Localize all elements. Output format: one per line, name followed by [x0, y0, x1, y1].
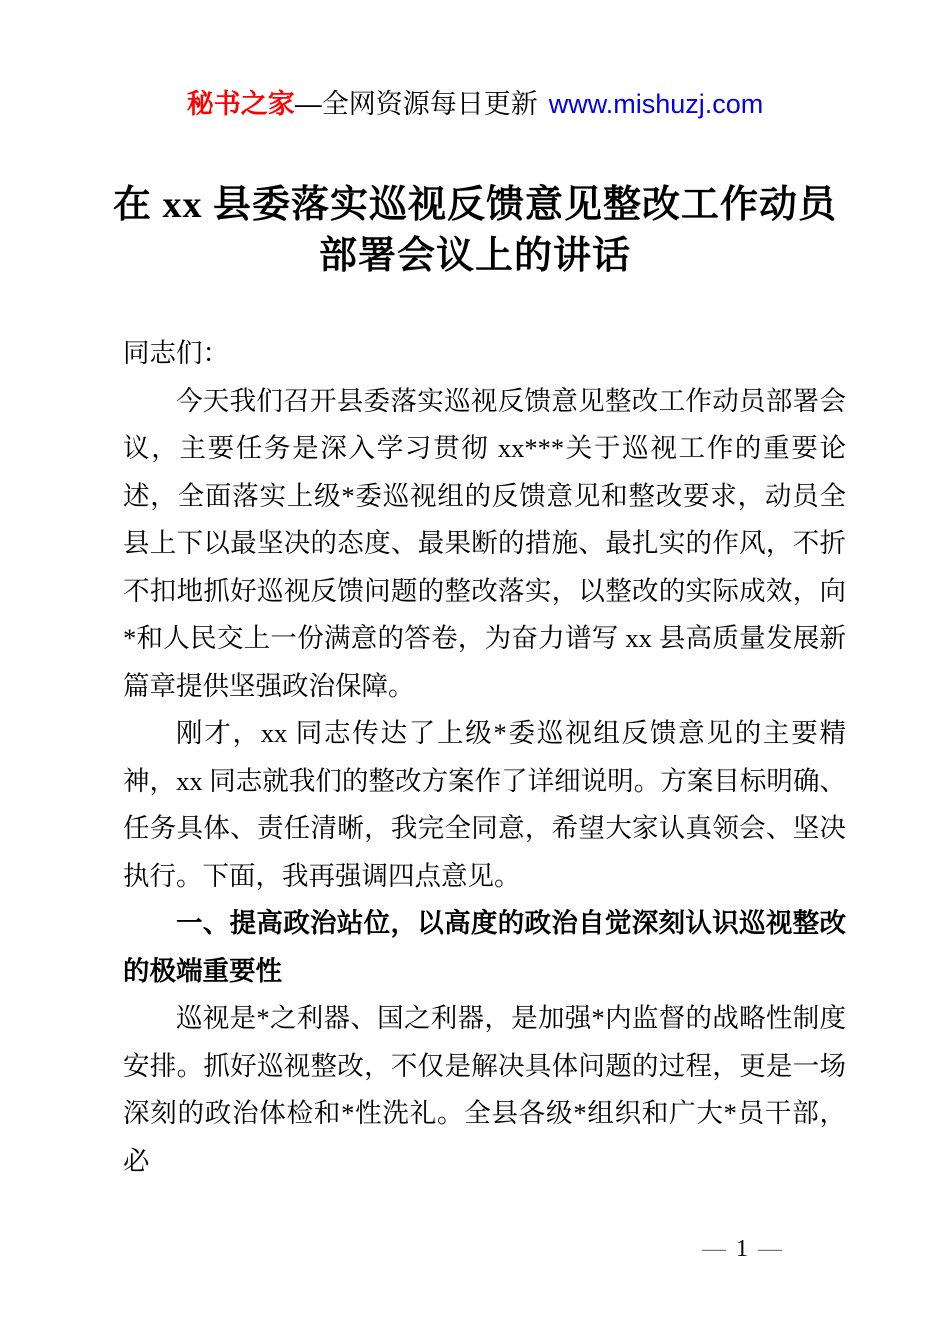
- paragraph-3: 巡视是*之利器、国之利器，是加强*内监督的战略性制度安排。抓好巡视整改，不仅是解…: [123, 995, 846, 1185]
- document-title: 在 xx 县委落实巡视反馈意见整改工作动员 部署会议上的讲话: [90, 180, 860, 282]
- site-header: 秘书之家—全网资源每日更新www.mishuzj.com: [0, 88, 950, 121]
- document-body: 同志们： 今天我们召开县委落实巡视反馈意见整改工作动员部署会议，主要任务是深入学…: [123, 330, 846, 1185]
- page-number-dash-right: —: [758, 1236, 782, 1262]
- document-page: 秘书之家—全网资源每日更新www.mishuzj.com 在 xx 县委落实巡视…: [0, 0, 950, 1344]
- page-number-dash-left: —: [702, 1236, 726, 1262]
- section-heading-1: 一、提高政治站位，以高度的政治自觉深刻认识巡视整改的极端重要性: [123, 900, 846, 995]
- document-title-line-2: 部署会议上的讲话: [90, 231, 860, 282]
- header-separator-dash: —: [295, 89, 322, 119]
- site-name: 秘书之家: [187, 89, 295, 119]
- paragraph-2: 刚才，xx 同志传达了上级*委巡视组反馈意见的主要精神，xx 同志就我们的整改方…: [123, 710, 846, 900]
- document-title-line-1: 在 xx 县委落实巡视反馈意见整改工作动员: [90, 180, 860, 231]
- page-number: 1: [736, 1236, 748, 1262]
- site-url-link[interactable]: www.mishuzj.com: [549, 89, 764, 119]
- paragraph-1: 今天我们召开县委落实巡视反馈意见整改工作动员部署会议，主要任务是深入学习贯彻 x…: [123, 378, 846, 711]
- site-tagline: 全网资源每日更新: [322, 89, 538, 119]
- salutation: 同志们：: [123, 330, 846, 378]
- page-footer: —1—: [702, 1234, 782, 1264]
